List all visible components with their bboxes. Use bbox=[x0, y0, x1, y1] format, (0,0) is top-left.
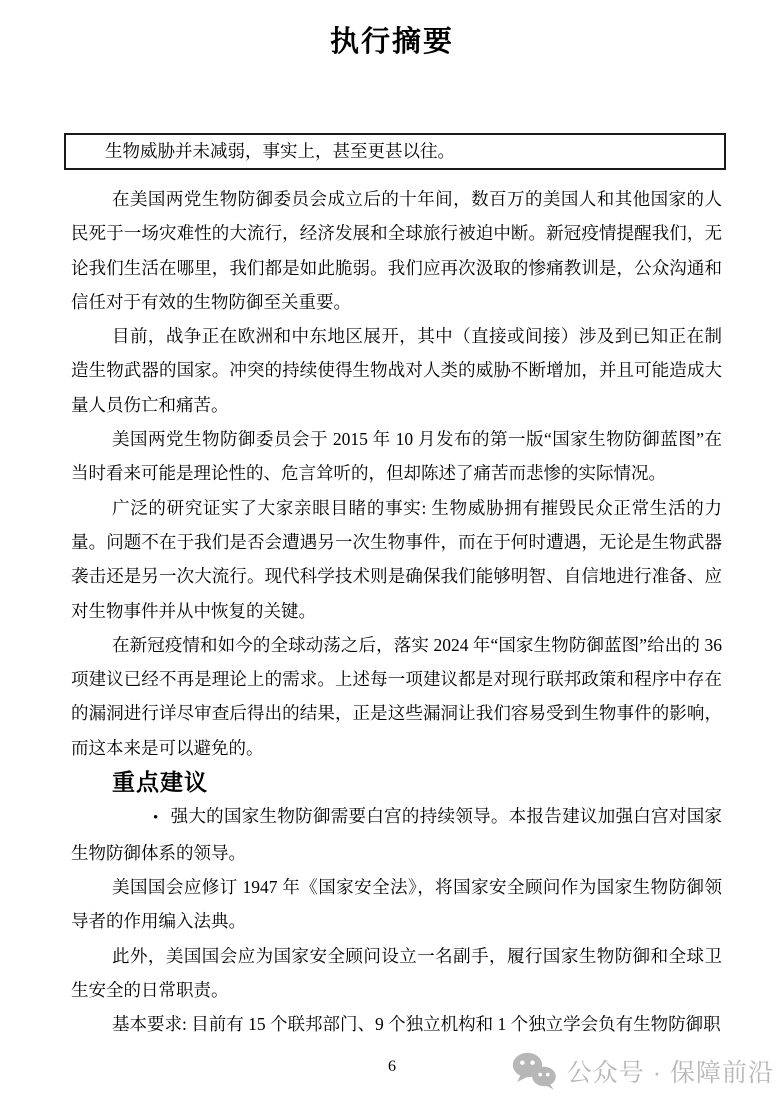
watermark: 公众号 · 保障前沿 bbox=[511, 1051, 774, 1090]
document-body: 在美国两党生物防御委员会成立后的十年间，数百万的美国人和其他国家的人民死于一场灾… bbox=[71, 182, 722, 1041]
callout-text: 生物威胁并未减弱，事实上，甚至更甚以往。 bbox=[105, 141, 455, 161]
callout-box: 生物威胁并未减弱，事实上，甚至更甚以往。 bbox=[64, 133, 726, 170]
bullet-icon: • bbox=[112, 801, 158, 835]
paragraph: 广泛的研究证实了大家亲眼目睹的事实: 生物威胁拥有摧毁民众正常生活的力量。问题不… bbox=[71, 491, 722, 628]
paragraph: 美国两党生物防御委员会于 2015 年 10 月发布的第一版“国家生物防御蓝图”… bbox=[71, 422, 722, 491]
paragraph: 目前，战争正在欧洲和中东地区展开，其中（直接或间接）涉及到已知正在制造生物武器的… bbox=[71, 319, 722, 422]
page-title: 执行摘要 bbox=[0, 0, 784, 62]
paragraph: 在美国两党生物防御委员会成立后的十年间，数百万的美国人和其他国家的人民死于一场灾… bbox=[71, 182, 722, 319]
paragraph: 基本要求: 目前有 15 个联邦部门、9 个独立机构和 1 个独立学会负有生物防… bbox=[71, 1007, 722, 1041]
paragraph: 美国国会应修订 1947 年《国家安全法》，将国家安全顾问作为国家生物防御领导者… bbox=[71, 870, 722, 939]
watermark-text: 公众号 · 保障前沿 bbox=[567, 1053, 774, 1089]
bullet-text: 强大的国家生物防御需要白宫的持续领导。本报告建议加强白宫对国家生物防御体系的领导… bbox=[71, 806, 722, 862]
paragraph: 此外，美国国会应为国家安全顾问设立一名副手，履行国家生物防御和全球卫生安全的日常… bbox=[71, 939, 722, 1008]
paragraph: 在新冠疫情和如今的全球动荡之后，落实 2024 年“国家生物防御蓝图”给出的 3… bbox=[71, 628, 722, 765]
bullet-item: •强大的国家生物防御需要白宫的持续领导。本报告建议加强白宫对国家生物防御体系的领… bbox=[71, 799, 722, 870]
document-page: 执行摘要 生物威胁并未减弱，事实上，甚至更甚以往。 在美国两党生物防御委员会成立… bbox=[0, 0, 784, 1107]
wechat-icon bbox=[511, 1051, 558, 1090]
section-heading: 重点建议 bbox=[71, 765, 722, 799]
